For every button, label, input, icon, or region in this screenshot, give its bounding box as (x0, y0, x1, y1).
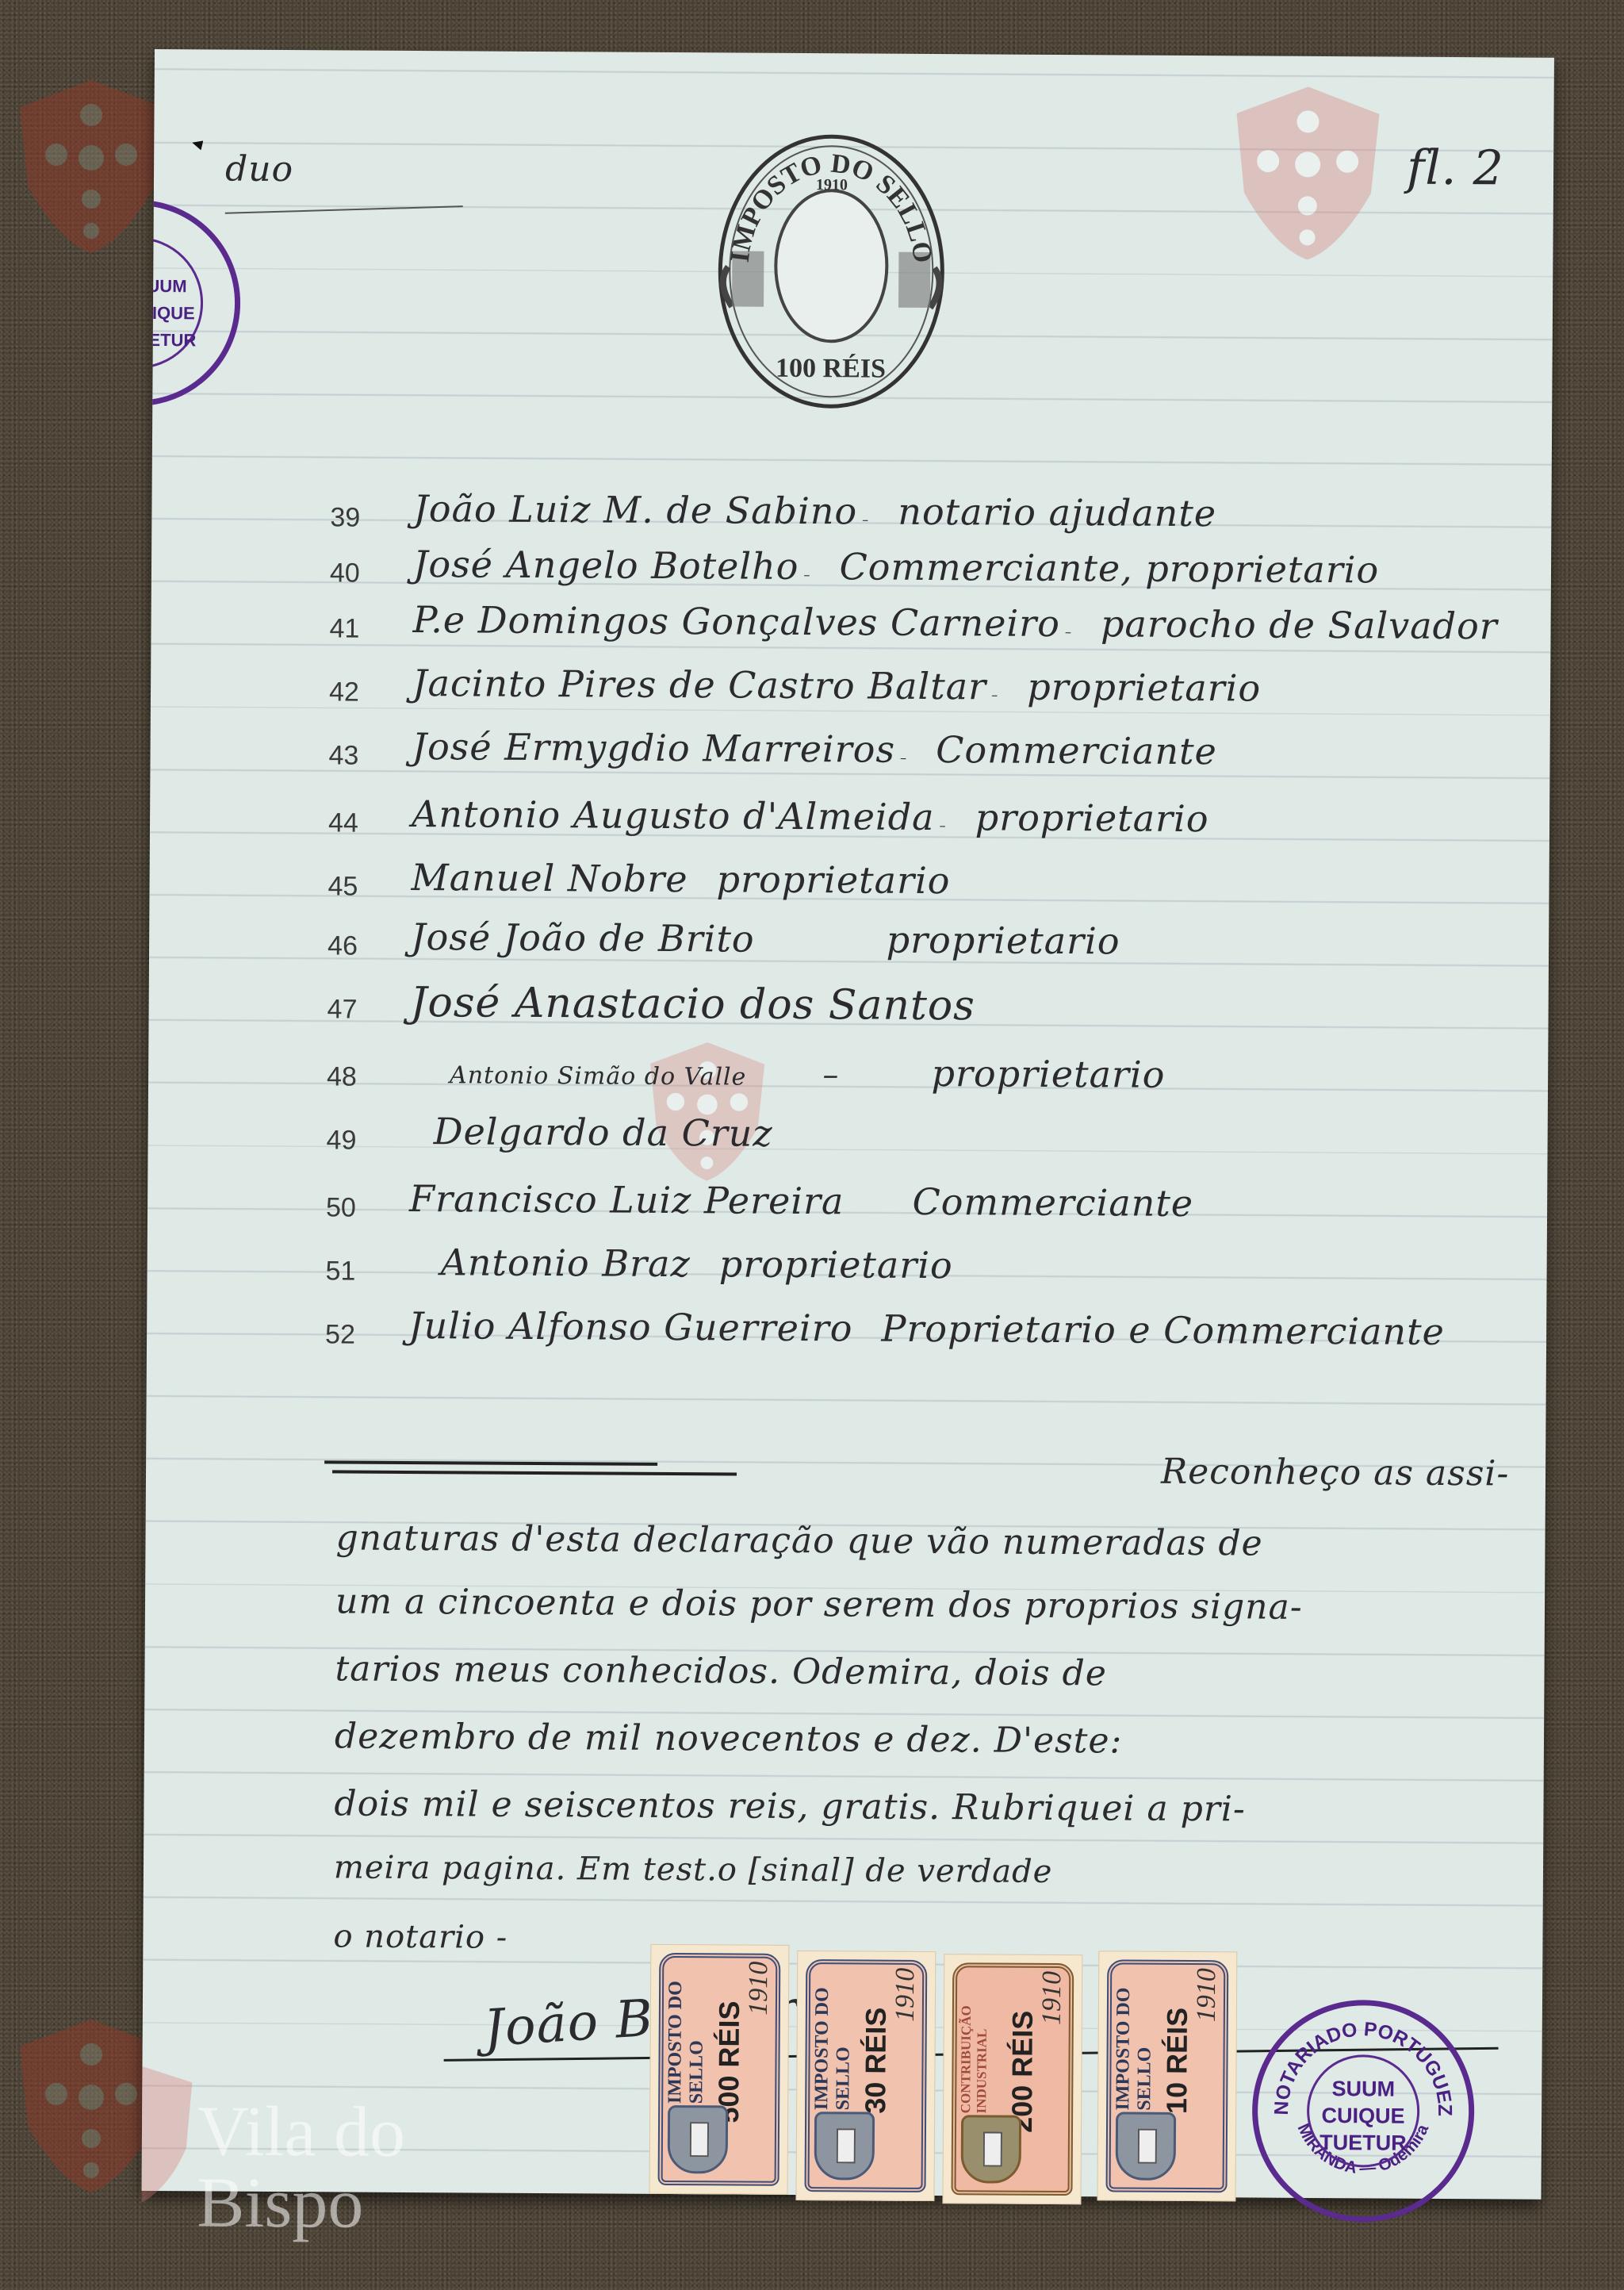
watermark-shield-icon (1228, 79, 1387, 267)
watermark-shield-icon (141, 2056, 197, 2207)
signatory-row: Antonio Augusto d'Almeida – proprietario (412, 792, 1522, 863)
signatory-row: Antonio Braz proprietario (440, 1241, 1550, 1311)
signatory-row: Francisco Luiz Pereira Commerciante (409, 1177, 1519, 1248)
watermark-text: Vila do Bispo (197, 2096, 405, 2240)
svg-text:100 RÉIS: 100 RÉIS (776, 354, 886, 384)
svg-text:1910: 1910 (816, 176, 848, 194)
punch-hole (192, 140, 203, 150)
watermark-shield-icon (12, 75, 170, 258)
row-number: 45 (327, 871, 358, 902)
signatory-row: Manuel Nobre proprietario (411, 856, 1521, 926)
signatory-row: Jacinto Pires de Castro Baltar – proprie… (412, 662, 1522, 732)
row-number: 47 (327, 994, 357, 1025)
row-number: 52 (325, 1319, 355, 1350)
coat-of-arms-icon (1116, 2112, 1177, 2180)
signatory-row: José Ermygdio Marreiros – Commerciante (412, 725, 1522, 796)
row-number: 46 (327, 930, 358, 961)
signatory-list: 39 João Luiz M. de Sabino – notario ajud… (155, 49, 1554, 58)
separator-rule (324, 1460, 657, 1466)
row-number: 43 (328, 740, 358, 771)
revenue-stamp: IMPOSTO DO SELLO 10 RÉIS 1910 (1097, 1951, 1237, 2201)
signatory-row: Julio Alfonso Guerreiro Proprietario e C… (408, 1304, 1519, 1438)
row-number: 49 (326, 1125, 356, 1156)
signatory-row: Antonio Simão do Valle – proprietario (450, 1049, 1560, 1119)
attestation-paragraph: Reconheço as assi- gnaturas d'esta decla… (155, 49, 1554, 58)
row-number: 42 (329, 677, 359, 708)
signatory-row: Delgardo da Cruz (433, 1110, 1543, 1180)
notary-seal: NOTARIADO PORTUGUEZ MIRANDA — Odemira SU… (1251, 2000, 1475, 2223)
coat-of-arms-icon (814, 2112, 875, 2180)
coat-of-arms-icon (668, 2105, 729, 2173)
row-number: 48 (327, 1061, 357, 1092)
folio-mark: fl. 2 (1407, 140, 1504, 197)
revenue-stamp: CONTRIBUIÇÃO INDUSTRIAL 200 RÉIS 1910 (942, 1954, 1082, 2204)
top-rule (225, 205, 463, 214)
embossed-tax-seal: IMPOSTO DO SELLO 1910 100 RÉIS (707, 124, 955, 419)
revenue-stamp: IMPOSTO DO SELLO 500 RÉIS 1910 (649, 1944, 789, 2195)
signatory-row: José Anastacio dos Santos (410, 979, 1520, 1049)
separator-rule (332, 1470, 737, 1475)
revenue-stamp: IMPOSTO DO SELLO 30 RÉIS 1910 (795, 1951, 936, 2201)
row-number: 40 (330, 558, 360, 589)
coat-of-arms-icon (961, 2115, 1022, 2183)
signatory-row: P.e Domingos Gonçalves Carneiro – paroch… (412, 598, 1522, 669)
row-number: 50 (326, 1192, 356, 1223)
row-number: 41 (329, 613, 359, 644)
row-number: 39 (330, 502, 360, 533)
row-number: 44 (328, 807, 358, 838)
row-number: 51 (325, 1256, 355, 1287)
signatory-row: José João de Brito proprietario (411, 915, 1521, 986)
document-paper: Vila do Bispo duo fl. 2 SUUM CUIQUE TUET… (142, 49, 1554, 2200)
top-fragment: duo (225, 149, 293, 190)
